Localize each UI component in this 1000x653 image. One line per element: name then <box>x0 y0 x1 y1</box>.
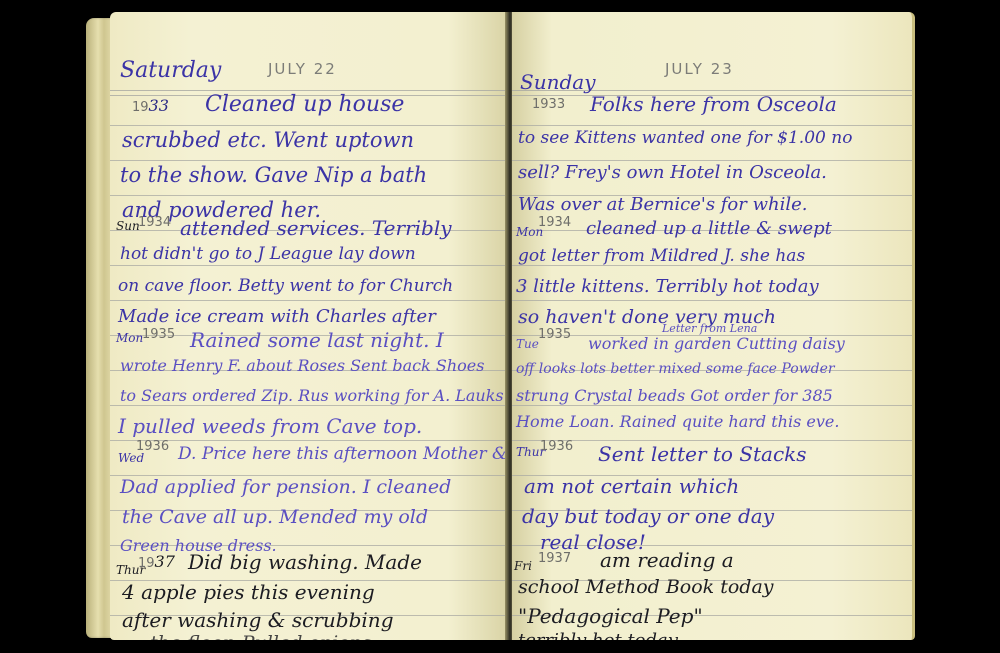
entry-year: 1933 <box>132 98 169 114</box>
entry-line: school Method Book today <box>518 578 774 597</box>
day-of-week: Saturday <box>120 60 221 82</box>
day-of-week: Sunday <box>520 72 596 92</box>
entry-line: terribly hot today <box>518 632 678 640</box>
entry-line: strung Crystal beads Got order for 385 <box>516 388 833 404</box>
rule-line <box>110 300 508 301</box>
entry-line: to see Kittens wanted one for $1.00 no <box>518 130 852 147</box>
rule-line <box>110 265 508 266</box>
entry-year: 1936 <box>540 440 573 453</box>
entry-year: 1935 <box>538 328 571 341</box>
rule-line <box>110 160 508 161</box>
entry-line: D. Price here this afternoon Mother & <box>178 446 507 463</box>
entry-line: "Pedagogical Pep" <box>518 606 703 626</box>
rule-line <box>110 125 508 126</box>
entry-line: the floor. Pulled onions <box>150 634 372 640</box>
entry-line: got letter from Mildred J. she has <box>518 248 805 265</box>
entry-line: Cleaned up house <box>205 94 404 116</box>
entry-line: Rained some last night. I <box>190 330 444 350</box>
entry-year: 1935 <box>142 328 175 341</box>
rule-line <box>512 405 912 406</box>
entry-line: Dad applied for pension. I cleaned <box>120 478 451 497</box>
entry-day: Tue <box>516 338 539 350</box>
entry-line: after washing & scrubbing <box>122 610 394 630</box>
entry-year: 1936 <box>136 440 169 453</box>
date-header: JULY 22 <box>268 60 337 78</box>
entry-line: 3 little kittens. Terribly hot today <box>516 278 819 296</box>
entry-line: am reading a <box>600 550 734 570</box>
entry-day: Fri <box>514 560 532 572</box>
entry-line: wrote Henry F. about Roses Sent back Sho… <box>120 358 484 374</box>
rule-line <box>512 160 912 161</box>
diary-page-left: JULY 22 Saturday 1933 Cleaned up house s… <box>110 12 508 640</box>
entry-line: attended services. Terribly <box>180 218 452 238</box>
entry-year: 1937 <box>538 552 571 565</box>
diary-page-right: JULY 23 Sunday 1933 Folks here from Osce… <box>512 12 915 640</box>
entry-line: 4 apple pies this evening <box>122 582 375 602</box>
entry-year: 1933 <box>532 98 565 111</box>
entry-line: cleaned up a little & swept <box>586 220 832 238</box>
rule-line <box>512 300 912 301</box>
rule-line <box>110 405 508 406</box>
entry-line: hot didn't go to J League lay down <box>120 246 416 263</box>
entry-line: to Sears ordered Zip. Rus working for A.… <box>120 388 504 404</box>
entry-year: 1934 <box>138 216 171 229</box>
entry-line: scrubbed etc. Went uptown <box>122 130 414 151</box>
entry-line: Made ice cream with Charles after <box>118 308 436 326</box>
entry-line: Folks here from Osceola <box>590 94 837 114</box>
entry-line: worked in garden Cutting daisy <box>588 336 845 352</box>
entry-day: Mon <box>116 332 143 344</box>
entry-line: to the show. Gave Nip a bath <box>120 165 427 186</box>
entry-day: Sun <box>116 220 140 232</box>
entry-line: Was over at Bernice's for while. <box>518 196 808 214</box>
rule-line <box>512 125 912 126</box>
entry-line: Did big washing. Made <box>188 552 422 572</box>
entry-line: off looks lots better mixed some face Po… <box>516 362 835 376</box>
entry-line: day but today or one day <box>522 506 774 526</box>
rule-line <box>110 195 508 196</box>
entry-line: on cave floor. Betty went to for Church <box>118 278 453 295</box>
entry-line: the Cave all up. Mended my old <box>122 508 428 527</box>
entry-line: am not certain which <box>524 476 739 496</box>
entry-year: 1937 <box>138 554 175 570</box>
date-header: JULY 23 <box>665 60 734 78</box>
entry-line: Sent letter to Stacks <box>598 444 807 464</box>
entry-line: Home Loan. Rained quite hard this eve. <box>516 414 839 430</box>
rule-line <box>110 440 508 441</box>
entry-line: I pulled weeds from Cave top. <box>118 416 422 436</box>
entry-insert: Letter from Lena <box>662 323 757 334</box>
entry-line: sell? Frey's own Hotel in Osceola. <box>518 164 827 182</box>
entry-year: 1934 <box>538 216 571 229</box>
